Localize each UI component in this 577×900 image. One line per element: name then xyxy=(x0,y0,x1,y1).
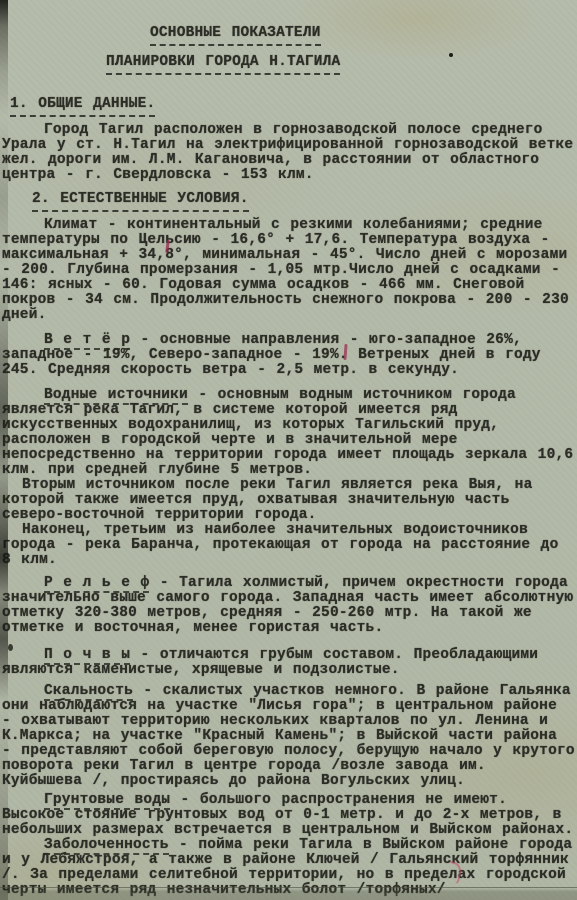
section-heading-natural-conditions: 2. ЕСТЕСТВЕННЫЕ УСЛОВИЯ. xyxy=(32,192,575,212)
heading-text: 2. ЕСТЕСТВЕННЫЕ УСЛОВИЯ. xyxy=(32,192,249,212)
heading-text: 1. ОБЩИЕ ДАННЫЕ. xyxy=(10,97,155,117)
paragraph-third-source: Наконец, третьим из наиболее значительны… xyxy=(2,523,575,568)
paragraph-city-location: Город Тагил расположен в горнозаводской … xyxy=(2,123,575,183)
paragraph-rockiness: Скальность - скалистых участков немного.… xyxy=(2,684,575,789)
paragraph-climate: Климат - континентальный с резкими колеб… xyxy=(2,218,575,323)
paragraph-wind: В е т ё р - основные направления - юго-з… xyxy=(2,333,575,378)
document-title-line-2: ПЛАНИРОВКИ ГОРОДА Н.ТАГИЛА xyxy=(106,55,575,75)
document-title-line-1: ОСНОВНЫЕ ПОКАЗАТЕЛИ xyxy=(150,26,575,46)
scanned-document-page: ОСНОВНЫЕ ПОКАЗАТЕЛИ ПЛАНИРОВКИ ГОРОДА Н.… xyxy=(0,0,577,900)
paragraph-text: Климат - континентальный с резкими колеб… xyxy=(2,217,569,323)
paragraph-text: Город Тагил расположен в горнозаводской … xyxy=(2,122,573,183)
paragraph-text: - скалистых участков немного. В районе Г… xyxy=(2,683,575,789)
title-text: ПЛАНИРОВКИ ГОРОДА Н.ТАГИЛА xyxy=(106,55,340,75)
scan-edge-shadow-left xyxy=(0,0,8,900)
title-text: ОСНОВНЫЕ ПОКАЗАТЕЛИ xyxy=(150,26,321,46)
scan-edge-shadow-bottom xyxy=(0,887,577,900)
paragraph-soils: П о ч в ы - отличаются грубым составом. … xyxy=(2,648,575,678)
paper-speck xyxy=(8,644,13,651)
section-heading-general-data: 1. ОБЩИЕ ДАННЫЕ. xyxy=(10,97,575,117)
paragraph-text: Наконец, третьим из наиболее значительны… xyxy=(2,522,559,568)
paragraph-second-source: Вторым источником после реки Тагил являе… xyxy=(2,478,575,523)
paper-speck xyxy=(449,53,453,57)
paragraph-relief: Р е л ь е ф - Тагила холмистый, причем о… xyxy=(2,576,575,636)
paragraph-groundwater: Грунтовые воды - большого распространени… xyxy=(2,793,575,838)
paragraph-text: Вторым источником после реки Тагил являе… xyxy=(2,477,532,523)
paragraph-water-sources: Водные источники - основным водным источ… xyxy=(2,388,575,478)
